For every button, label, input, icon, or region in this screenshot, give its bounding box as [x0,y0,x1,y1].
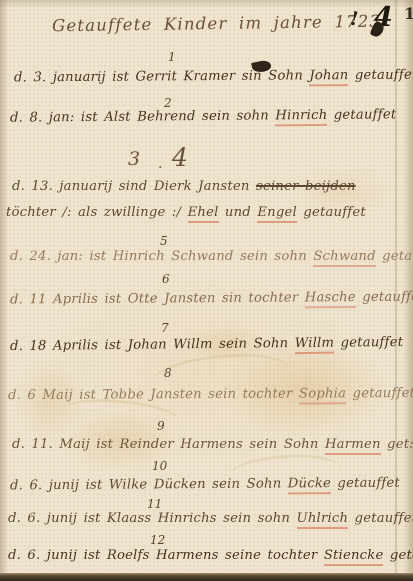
entry-text: getauffet [297,205,366,220]
entry-text: töchter /: als zwillinge :/ [6,205,188,220]
entry-number: 11 [147,497,162,511]
entry-text: get: [381,437,413,452]
entry-text: getauffet [356,290,413,305]
register-entry: d. 24. jan: ist Hinrich Schwand sein soh… [10,249,413,264]
baptized-name: Hasche [305,290,356,308]
baptized-name: Sophia [299,386,346,404]
entry-text: d. 11 Aprilis ist Otte Jansten sin tocht… [10,290,305,307]
register-entry: d. 6 Maij ist Tobbe Jansten sein tochter… [8,386,413,403]
baptized-name: Harmen [325,437,381,455]
entry-text: d. 11. Maij ist Reinder Harmens sein Soh… [12,437,325,452]
register-entry: töchter /: als zwillinge :/ Ehel und Eng… [6,205,366,220]
baptized-name: Stiencke [324,548,384,566]
entry-text: d. 18 Aprilis ist Johan Willm sein Sohn [10,336,295,354]
register-entry: d. 3. januarij ist Gerrit Kramer sin Soh… [14,68,413,86]
baptized-name: Uhlrich [297,511,349,529]
entry-text: d. 6 Maij ist Tobbe Jansten sein tochter [8,387,299,404]
entry-text: getauffet [331,476,400,491]
baptized-name: Hinrich [275,108,327,126]
page-title: Getauffete Kinder im jahre 1723 [52,12,381,36]
entry-text: d. 13. januarij sind Dierk Jansten [12,179,256,194]
entry-number: 1 [168,50,176,64]
entry-text: getauffet [348,68,413,83]
entry-text: d. 6. junij ist Klaass Hinrichs sein soh… [8,511,297,526]
entry-text: getauffet [348,511,413,526]
entry-text: getauffet [327,107,396,123]
entry-text: getauffet [376,249,413,264]
register-entry: d. 11 Aprilis ist Otte Jansten sin tocht… [10,290,413,308]
entry-text: und [219,205,258,220]
entry-number: 10 [152,459,167,473]
entry-number: 5 [160,234,168,248]
entry-number: 6 [162,272,170,286]
entry-number: 8 [164,366,172,380]
entry-text: getauffet [334,335,403,351]
register-entry: d. 6. junij ist Roelfs Harmens seine toc… [8,548,413,563]
entry-text: getauffet [346,386,413,401]
register-entry: d. 11. Maij ist Reinder Harmens sein Soh… [12,437,413,452]
register-entry: d. 8. jan: ist Alst Behrend sein sohn Hi… [10,107,396,125]
baptized-name: Engel [257,205,297,223]
entry-text: d. 6. junij ist Roelfs Harmens seine toc… [8,548,324,563]
baptized-name: Ehel [188,205,219,223]
edge-tick-mark: 1 [404,4,413,23]
baptized-name: Johan [309,68,348,86]
register-entry: d. 6. junij ist Wilke Dücken sein Sohn D… [10,476,400,494]
separator-dot: . [158,156,162,172]
baptized-name: Schwand [313,249,375,267]
entry-number-large: 3 [128,148,140,170]
baptized-name: Dücke [288,476,331,494]
entry-number-large: 4 [172,143,188,172]
entry-text: d. 3. januarij ist Gerrit Kramer sin Soh… [14,68,309,85]
register-entry: d. 6. junij ist Klaass Hinrichs sein soh… [8,511,413,526]
entry-text: d. 24. jan: ist Hinrich Schwand sein soh… [10,249,313,264]
entry-number: 12 [150,533,165,547]
entry-text: d. 8. jan: ist Alst Behrend sein sohn [10,108,275,125]
register-entry: d. 13. januarij sind Dierk Jansten seine… [12,179,356,194]
struck-text: seiner beijden [256,179,356,194]
entry-number: 7 [161,321,169,335]
baptized-name: Willm [295,336,335,354]
register-entry: d. 18 Aprilis ist Johan Willm sein Sohn … [10,335,403,354]
entry-text: d. 6. junij ist Wilke Dücken sein Sohn [10,476,288,493]
entry-text: getauffet [383,548,413,563]
entry-number: 2 [164,96,172,110]
entry-number: 9 [157,419,165,433]
manuscript-page: Getauffete Kinder im jahre 1723 ! 4 1 1 … [0,0,413,581]
page-bottom-edge [0,573,413,581]
